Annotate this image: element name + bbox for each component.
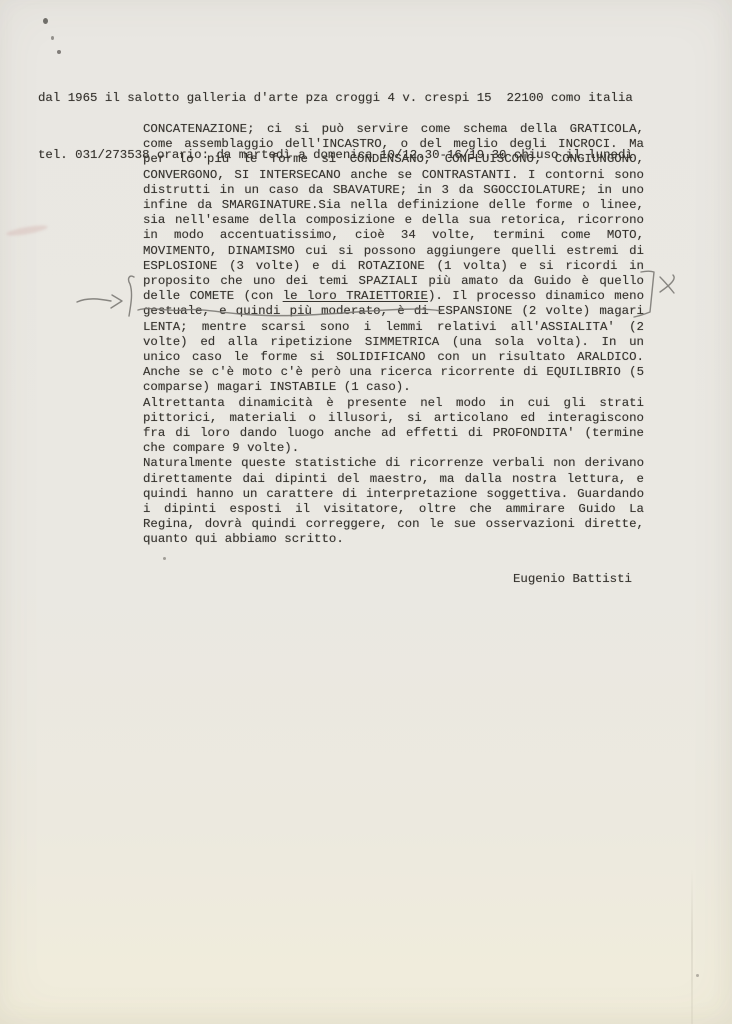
body-line-text: quanto qui abbiamo scritto.: [143, 532, 344, 546]
body-line: per lo più le forme si CONDENSANO, CONFL…: [143, 152, 644, 167]
body-line-text: per lo più le forme si CONDENSANO, CONFL…: [143, 152, 644, 166]
handwritten-arrow: [77, 299, 111, 302]
body-line-text: Regina, dovrà quindi correggere, con le …: [143, 517, 644, 531]
body-line: proposito che uno dei temi SPAZIALI più …: [143, 274, 644, 289]
body-line: MOVIMENTO, DINAMISMO cui si possono aggi…: [143, 244, 644, 259]
body-line: Altrettanta dinamicità è presente nel mo…: [143, 396, 644, 411]
body-line: quindi hanno un carattere di interpretaz…: [143, 487, 644, 502]
body-line: in modo accentuatissimo, cioè 34 volte, …: [143, 228, 644, 243]
body-line: gestuale, e quindi più moderato, è di ES…: [143, 304, 644, 319]
handwritten-insertion-mark: [129, 276, 134, 316]
body-line: Regina, dovrà quindi correggere, con le …: [143, 517, 644, 532]
body-line-text: direttamente dai dipinti del maestro, ma…: [143, 472, 644, 486]
body-line-text: MOVIMENTO, DINAMISMO cui si possono aggi…: [143, 244, 644, 258]
body-line-text: CONCATENAZIONE; ci si può servire come s…: [143, 122, 644, 136]
body-line: i dipinti esposti il visitatore, oltre c…: [143, 502, 644, 517]
body-line-text: i dipinti esposti il visitatore, oltre c…: [143, 502, 644, 516]
body-line: infine da SMARGINATURE.Sia nella definiz…: [143, 198, 644, 213]
body-line-text: ESPLOSIONE (3 volte) e di ROTAZIONE (1 v…: [143, 259, 644, 273]
body-line-text: volte) ed alla ripetizione SIMMETRICA (u…: [143, 335, 644, 349]
body-line-text: proposito che uno dei temi SPAZIALI più …: [143, 274, 644, 288]
paper-speck: [51, 36, 54, 40]
body-line: pittorici, materiali o illusori, si arti…: [143, 411, 644, 426]
body-line-text: infine da SMARGINATURE.Sia nella definiz…: [143, 198, 644, 212]
paper-speck: [43, 18, 48, 24]
body-line-text: gestuale, e quindi più moderato, è di ES…: [143, 304, 644, 318]
body-line-text: quindi hanno un carattere di interpretaz…: [143, 487, 644, 501]
body-line: ESPLOSIONE (3 volte) e di ROTAZIONE (1 v…: [143, 259, 644, 274]
body-line-text: Naturalmente queste statistiche di ricor…: [143, 456, 644, 470]
body-line-text: in modo accentuatissimo, cioè 34 volte, …: [143, 228, 644, 242]
paper-speck: [163, 557, 166, 560]
body-line: delle COMETE (con le loro TRAIETTORIE). …: [143, 289, 644, 304]
body-line-text: distrutti in un caso da SBAVATURE; in 3 …: [143, 183, 644, 197]
body-line: CONVERGONO, SI INTERSECANO anche se CONT…: [143, 168, 644, 183]
body-line-text: Anche se c'è moto c'è però una ricerca r…: [143, 365, 644, 379]
body-line-text: sia nell'esame della composizione e dell…: [143, 213, 644, 227]
body-line: fra di loro dando luogo anche ad effetti…: [143, 426, 644, 441]
underlined-phrase: le loro TRAIETTORIE: [283, 289, 428, 303]
body-line-text: CONVERGONO, SI INTERSECANO anche se CONT…: [143, 168, 644, 182]
body-line: che compare 9 volte).: [143, 441, 644, 456]
body-line-text: unico caso le forme si SOLIDIFICANO con …: [143, 350, 644, 364]
body-line: CONCATENAZIONE; ci si può servire come s…: [143, 122, 644, 137]
body-line-text: Altrettanta dinamicità è presente nel mo…: [143, 396, 644, 410]
body-line: Anche se c'è moto c'è però una ricerca r…: [143, 365, 644, 380]
handwritten-arrowhead: [111, 295, 122, 308]
body-line: comparse) magari INSTABILE (1 caso).: [143, 380, 644, 395]
handwritten-x-mark: [660, 275, 674, 293]
body-line: volte) ed alla ripetizione SIMMETRICA (u…: [143, 335, 644, 350]
body-line-text: comparse) magari INSTABILE (1 caso).: [143, 380, 411, 394]
body-line-text: pittorici, materiali o illusori, si arti…: [143, 411, 644, 425]
body-line: quanto qui abbiamo scritto.: [143, 532, 644, 547]
body-line-text: che compare 9 volte).: [143, 441, 299, 455]
body-line: distrutti in un caso da SBAVATURE; in 3 …: [143, 183, 644, 198]
body-line-text: LENTA; mentre scarsi sono i lemmi relati…: [143, 320, 644, 334]
scanned-document-page: dal 1965 il salotto galleria d'arte pza …: [0, 0, 732, 1024]
paper-speck: [696, 974, 699, 977]
body-line-text: come assemblaggio dell'INCASTRO, o del m…: [143, 137, 644, 151]
typewritten-body: CONCATENAZIONE; ci si può servire come s…: [143, 122, 644, 548]
body-line-text: fra di loro dando luogo anche ad effetti…: [143, 426, 644, 440]
paper-crease: [691, 868, 693, 1024]
letterhead-line1: dal 1965 il salotto galleria d'arte pza …: [38, 89, 633, 108]
body-line: sia nell'esame della composizione e dell…: [143, 213, 644, 228]
body-line-text: delle COMETE (con: [143, 289, 283, 303]
body-line: Naturalmente queste statistiche di ricor…: [143, 456, 644, 471]
body-line: come assemblaggio dell'INCASTRO, o del m…: [143, 137, 644, 152]
paper-smudge: [6, 223, 49, 237]
body-line: unico caso le forme si SOLIDIFICANO con …: [143, 350, 644, 365]
body-line-text: ). Il processo dinamico meno: [428, 289, 644, 303]
body-line: direttamente dai dipinti del maestro, ma…: [143, 472, 644, 487]
body-line: LENTA; mentre scarsi sono i lemmi relati…: [143, 320, 644, 335]
signature: Eugenio Battisti: [513, 572, 632, 586]
